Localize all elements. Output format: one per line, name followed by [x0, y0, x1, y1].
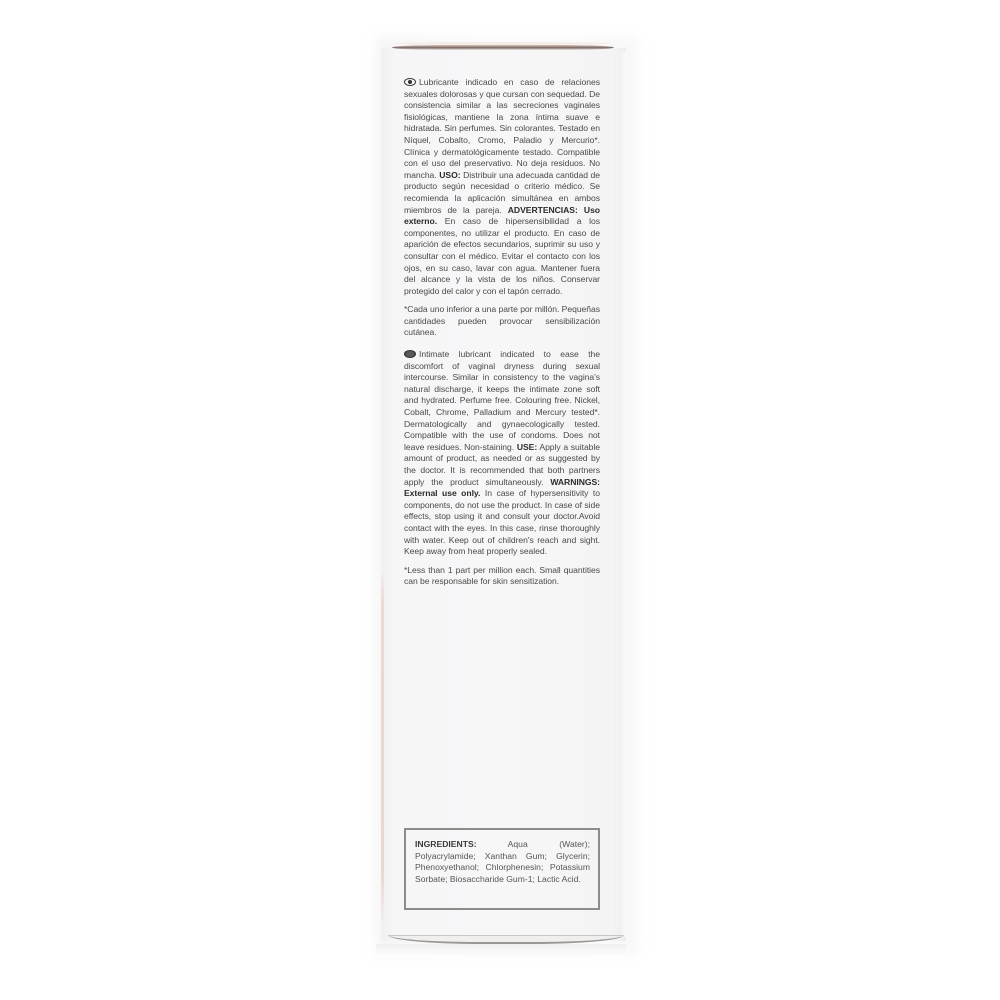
ingredients-box: INGREDIENTS: Aqua (Water); Polyacrylamid…	[404, 828, 600, 910]
english-intro: Intimate lubricant indicated to ease the…	[404, 349, 600, 452]
box-right-edge	[620, 52, 626, 937]
english-description: Intimate lubricant indicated to ease the…	[404, 349, 600, 558]
uk-flag-icon	[404, 350, 416, 358]
spanish-footnote: *Cada uno inferior a una parte por milló…	[404, 304, 600, 339]
ingredients-label: INGREDIENTS:	[415, 839, 477, 849]
spanish-warnings-text: En caso de hipersensibilidad a los compo…	[404, 216, 600, 296]
product-photo: Lubricante indicado en caso de relacione…	[0, 0, 1000, 1000]
spanish-description: Lubricante indicado en caso de relacione…	[404, 77, 600, 297]
spain-flag-icon	[404, 78, 416, 86]
english-warnings-text: In case of hypersensitivity to component…	[404, 488, 600, 556]
spanish-intro: Lubricante indicado en caso de relacione…	[404, 77, 600, 180]
english-footnote: *Less than 1 part per million each. Smal…	[404, 565, 600, 588]
box-left-edge-tint	[381, 568, 384, 928]
label-text-column: Lubricante indicado en caso de relacione…	[404, 77, 600, 598]
box-floor-shadow	[376, 944, 626, 958]
spanish-use-label: USO:	[439, 170, 460, 180]
box-lid-edge	[392, 45, 614, 50]
english-use-label: USE:	[517, 442, 537, 452]
